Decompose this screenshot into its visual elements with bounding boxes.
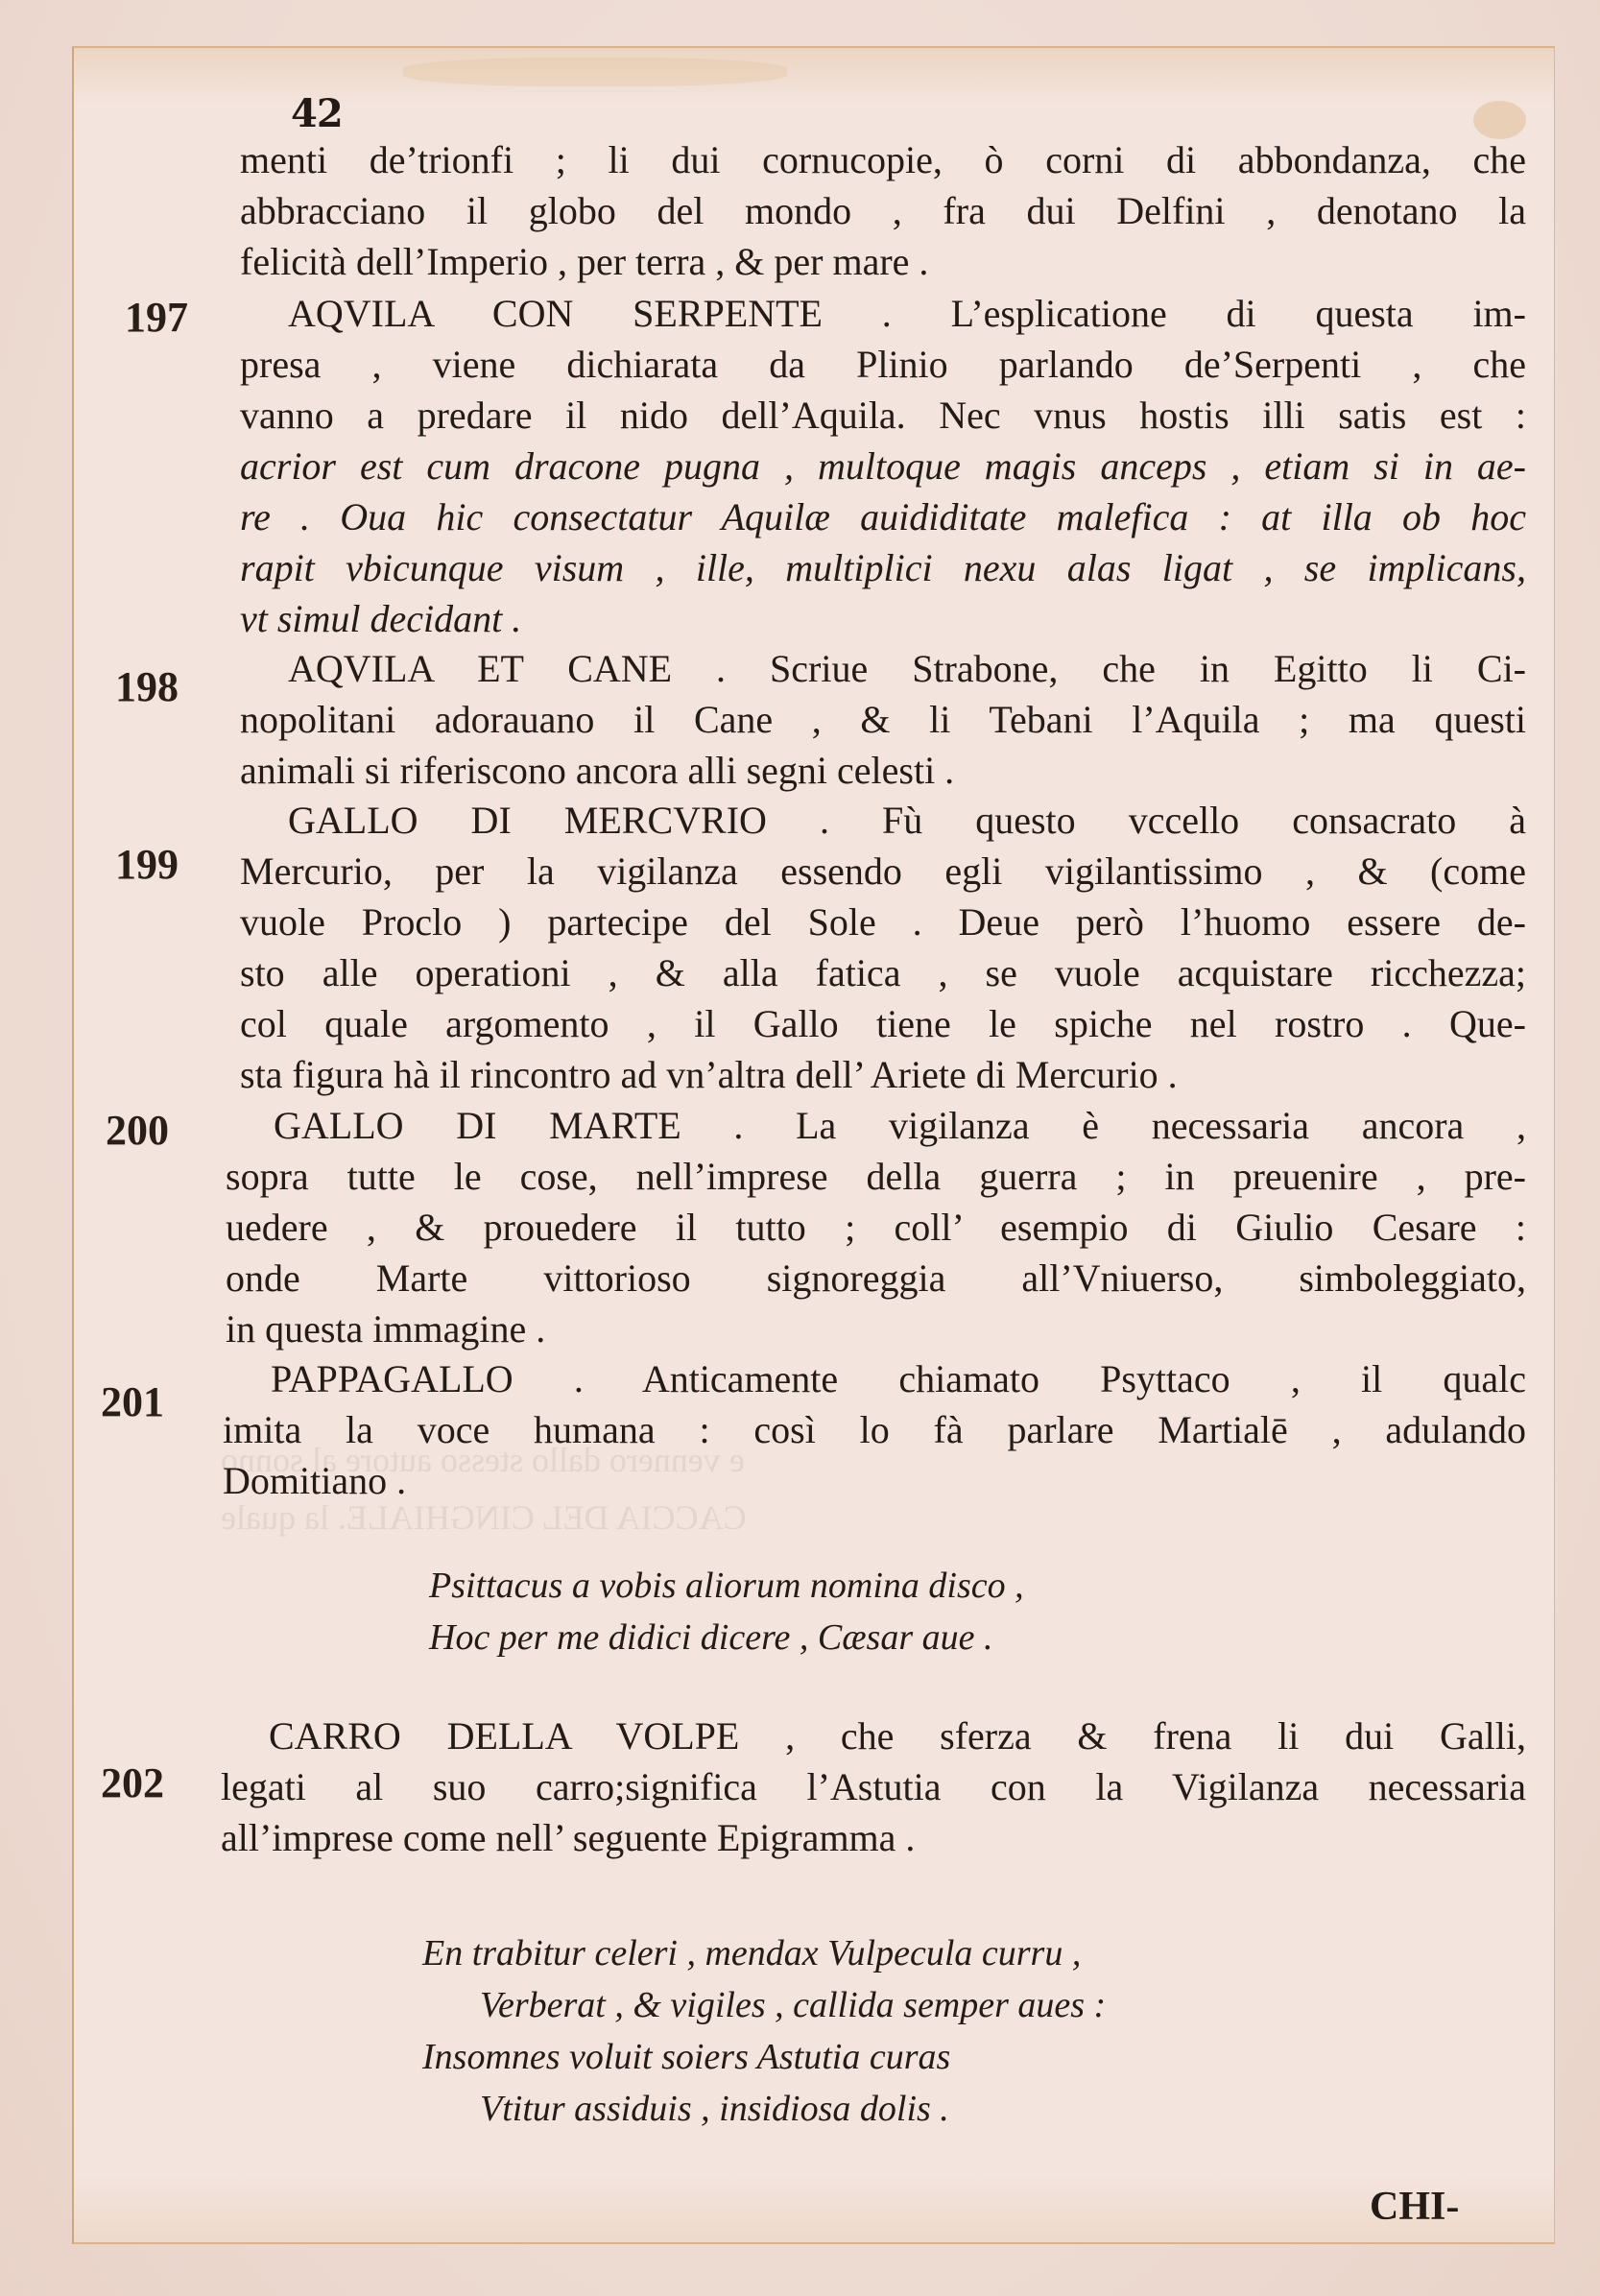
entry-heading-line: CARRO DELLA VOLPE , che sferza & frena l… <box>221 1710 1526 1761</box>
text-line: uedere , & prouedere il tutto ; coll’ es… <box>226 1202 1526 1253</box>
verse-line: Vtitur assiduis , insidiosa dolis . <box>422 2083 1106 2135</box>
entry-heading-line: AQVILA CON SERPENTE . L’esplicatione di … <box>240 288 1526 339</box>
text-line: vanno a predare il nido dell’Aquila. Nec… <box>240 390 1526 441</box>
text-line: menti de’trionfi ; li dui cornucopie, ò … <box>240 134 1526 185</box>
text-line: in questa immagine . <box>226 1303 1526 1354</box>
latin-quote-line: vt simul decidant . <box>240 593 1526 644</box>
entry-heading-line: GALLO DI MARTE . La vigilanza è necessar… <box>226 1100 1526 1151</box>
entry-heading-line: PAPPAGALLO . Anticamente chiamato Psytta… <box>223 1353 1526 1404</box>
entry-number-199: 199 <box>115 840 179 889</box>
text-line: presa , viene dichiarata da Plinio parla… <box>240 339 1526 390</box>
text-line: Mercurio, per la vigilanza essendo egli … <box>240 846 1526 897</box>
text-line: Domitiano . <box>223 1455 1526 1506</box>
text-line: nopolitani adorauano il Cane , & li Teba… <box>240 694 1526 745</box>
verse-201: Psittacus a vobis aliorum nomina disco ,… <box>429 1560 1024 1663</box>
text-line: legati al suo carro;significa l’Astutia … <box>221 1761 1526 1812</box>
text-line: animali si riferiscono ancora alli segni… <box>240 745 1526 796</box>
entry-number-198: 198 <box>115 662 179 711</box>
text-line: onde Marte vittorioso signoreggia all’Vn… <box>226 1253 1526 1303</box>
catchword: CHI- <box>1370 2184 1459 2230</box>
text-line: all’imprese come nell’ seguente Epigramm… <box>221 1812 1526 1863</box>
verse-line: En trabitur celeri , mendax Vulpecula cu… <box>422 1927 1106 1979</box>
text-line: abbracciano il globo del mondo , fra dui… <box>240 185 1526 236</box>
text-line: sto alle operationi , & alla fatica , se… <box>240 947 1526 998</box>
text-line: sta figura hà il rincontro ad vn’altra d… <box>240 1049 1526 1100</box>
text-line: vuole Proclo ) partecipe del Sole . Deue… <box>240 897 1526 947</box>
verse-line: Psittacus a vobis aliorum nomina disco , <box>429 1560 1024 1612</box>
verse-line: Hoc per me didici dicere , Cæsar aue . <box>429 1612 1024 1663</box>
continuation-paragraph: menti de’trionfi ; li dui cornucopie, ò … <box>240 134 1526 287</box>
verse-202: En trabitur celeri , mendax Vulpecula cu… <box>422 1927 1106 2135</box>
entry-198-aquila-et-cane: AQVILA ET CANE . Scriue Strabone, che in… <box>240 643 1526 796</box>
entry-number-201: 201 <box>101 1377 164 1426</box>
entry-number-200: 200 <box>106 1106 169 1155</box>
text-line: sopra tutte le cose, nell’imprese della … <box>226 1151 1526 1202</box>
latin-quote-line: rapit vbicunque visum , ille, multiplici… <box>240 542 1526 593</box>
foxing-stain <box>1473 101 1526 139</box>
latin-quote-line: acrior est cum dracone pugna , multoque … <box>240 441 1526 491</box>
entry-200-gallo-di-marte: GALLO DI MARTE . La vigilanza è necessar… <box>226 1100 1526 1354</box>
entry-heading-line: GALLO DI MERCVRIO . Fù questo vccello co… <box>240 795 1526 846</box>
foxing-stain <box>403 58 787 86</box>
entry-202-carro-della-volpe: CARRO DELLA VOLPE , che sferza & frena l… <box>221 1710 1526 1863</box>
verse-line: Insomnes voluit soiers Astutia curas <box>422 2031 1106 2083</box>
text-line: felicità dell’Imperio , per terra , & pe… <box>240 236 1526 287</box>
entry-197-aquila-con-serpente: AQVILA CON SERPENTE . L’esplicatione di … <box>240 288 1526 644</box>
page-number: 42 <box>291 91 343 136</box>
entry-201-pappagallo: PAPPAGALLO . Anticamente chiamato Psytta… <box>223 1353 1526 1506</box>
verse-line: Verberat , & vigiles , callida semper au… <box>422 1979 1106 2031</box>
entry-heading-line: AQVILA ET CANE . Scriue Strabone, che in… <box>240 643 1526 694</box>
entry-number-202: 202 <box>101 1758 164 1807</box>
latin-quote-line: re . Oua hic consectatur Aquilæ auididit… <box>240 491 1526 542</box>
entry-199-gallo-di-mercurio: GALLO DI MERCVRIO . Fù questo vccello co… <box>240 795 1526 1100</box>
text-line: col quale argomento , il Gallo tiene le … <box>240 998 1526 1049</box>
entry-number-197: 197 <box>125 293 188 342</box>
text-line: imita la voce humana : così lo fà parlar… <box>223 1404 1526 1455</box>
